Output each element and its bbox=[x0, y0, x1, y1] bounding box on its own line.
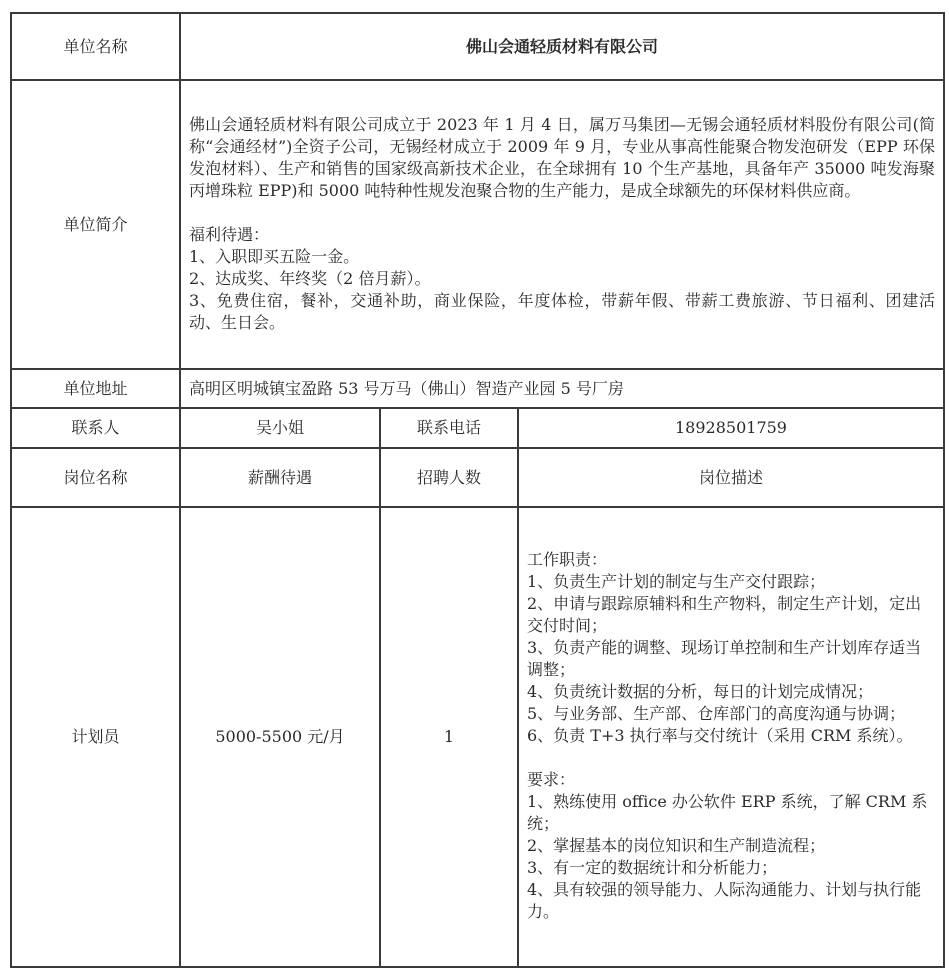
position-description: 工作职责： 1、负责生产计划的制定与生产交付跟踪； 2、申请与跟踪原辅料和生产物… bbox=[518, 507, 944, 967]
position-row: 计划员 5000-5500 元/月 1 工作职责： 1、负责生产计划的制定与生产… bbox=[11, 507, 944, 967]
duty-item: 5、与业务部、生产部、仓库部门的高度沟通与协调； bbox=[527, 703, 937, 725]
recruitment-table: 单位名称 佛山会通轻质材料有限公司 单位简介 佛山会通轻质材料有限公司成立于 2… bbox=[10, 12, 945, 968]
duty-item: 6、负责 T+3 执行率与交付统计（采用 CRM 系统）。 bbox=[527, 725, 937, 747]
benefits-title: 福利待遇： bbox=[189, 224, 935, 246]
phone-label: 联系电话 bbox=[380, 408, 518, 448]
address-label: 单位地址 bbox=[11, 369, 180, 408]
header-position-title: 岗位名称 bbox=[11, 448, 180, 507]
row-positions-header: 岗位名称 薪酬待遇 招聘人数 岗位描述 bbox=[11, 448, 944, 507]
company-intro: 佛山会通轻质材料有限公司成立于 2023 年 1 月 4 日，属万马集团—无锡会… bbox=[180, 80, 944, 369]
header-salary: 薪酬待遇 bbox=[180, 448, 380, 507]
phone-number: 18928501759 bbox=[518, 408, 944, 448]
duty-item: 4、负责统计数据的分析，每日的计划完成情况； bbox=[527, 681, 937, 703]
requirement-item: 2、掌握基本的岗位知识和生产制造流程； bbox=[527, 835, 937, 857]
requirement-item: 1、熟练使用 office 办公软件 ERP 系统，了解 CRM 系统； bbox=[527, 791, 937, 835]
duty-item: 2、申请与跟踪原辅料和生产物料，制定生产计划，定出交付时间； bbox=[527, 593, 937, 637]
benefit-item: 3、免费住宿，餐补，交通补助，商业保险，年度体检，带薪年假、带薪工费旅游、节日福… bbox=[189, 290, 935, 334]
requirement-item: 3、有一定的数据统计和分析能力； bbox=[527, 857, 937, 879]
duty-item: 3、负责产能的调整、现场订单控制和生产计划库存适当调整； bbox=[527, 637, 937, 681]
contact-person: 吴小姐 bbox=[180, 408, 380, 448]
benefit-item: 2、达成奖、年终奖（2 倍月薪）。 bbox=[189, 268, 935, 290]
company-name-label: 单位名称 bbox=[11, 13, 180, 80]
company-name: 佛山会通轻质材料有限公司 bbox=[180, 13, 944, 80]
requirement-item: 4、具有较强的领导能力、人际沟通能力、计划与执行能力。 bbox=[527, 879, 937, 923]
requirements-title: 要求： bbox=[527, 769, 937, 791]
row-company-intro: 单位简介 佛山会通轻质材料有限公司成立于 2023 年 1 月 4 日，属万马集… bbox=[11, 80, 944, 369]
row-address: 单位地址 高明区明城镇宝盈路 53 号万马（佛山）智造产业园 5 号厂房 bbox=[11, 369, 944, 408]
company-intro-label: 单位简介 bbox=[11, 80, 180, 369]
contact-label: 联系人 bbox=[11, 408, 180, 448]
benefit-item: 1、入职即买五险一金。 bbox=[189, 246, 935, 268]
row-contact: 联系人 吴小姐 联系电话 18928501759 bbox=[11, 408, 944, 448]
duties-title: 工作职责： bbox=[527, 549, 937, 571]
row-company-name: 单位名称 佛山会通轻质材料有限公司 bbox=[11, 13, 944, 80]
address: 高明区明城镇宝盈路 53 号万马（佛山）智造产业园 5 号厂房 bbox=[180, 369, 944, 408]
header-description: 岗位描述 bbox=[518, 448, 944, 507]
duty-item: 1、负责生产计划的制定与生产交付跟踪； bbox=[527, 571, 937, 593]
position-salary: 5000-5500 元/月 bbox=[180, 507, 380, 967]
intro-paragraph: 佛山会通轻质材料有限公司成立于 2023 年 1 月 4 日，属万马集团—无锡会… bbox=[189, 114, 935, 202]
position-headcount: 1 bbox=[380, 507, 518, 967]
header-headcount: 招聘人数 bbox=[380, 448, 518, 507]
position-title: 计划员 bbox=[11, 507, 180, 967]
